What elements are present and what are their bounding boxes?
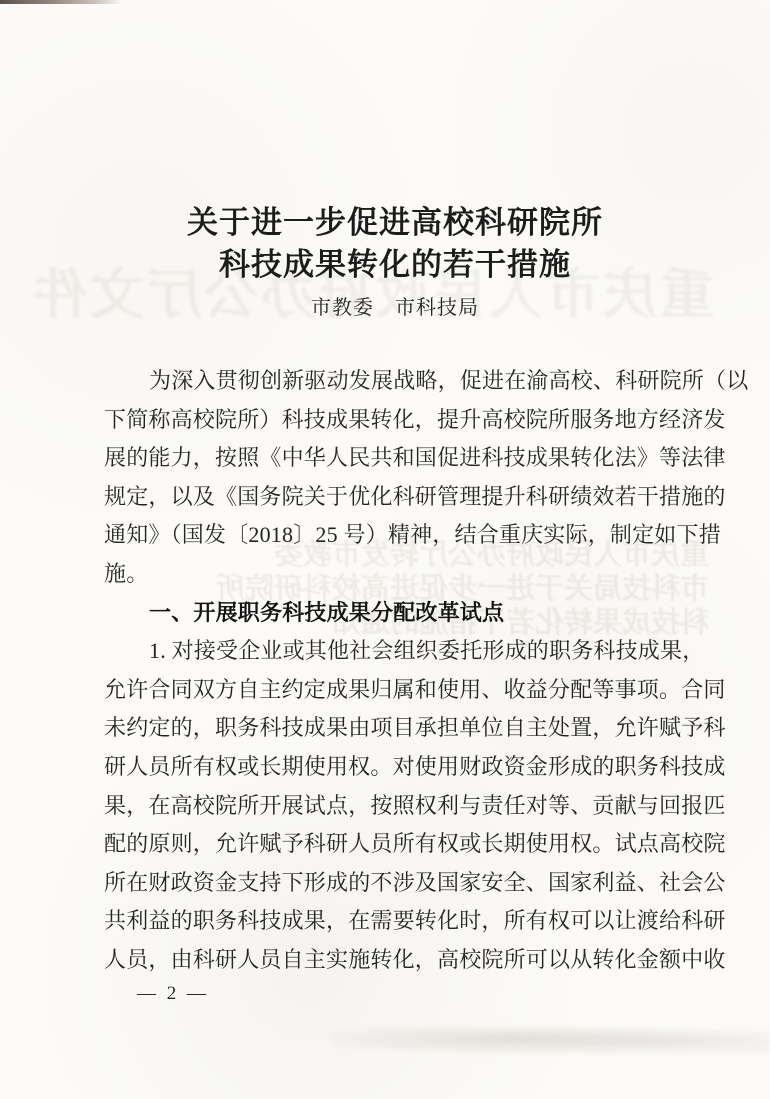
issuing-agencies: 市教委 市科技局 — [20, 294, 770, 322]
section-heading: 一、开展职务科技成果分配改革试点 — [104, 594, 714, 633]
body-line: 规定，以及《国务院关于优化科研管理提升科研绩效若干措施的 — [104, 478, 714, 517]
body-line: 所在财政资金支持下形成的不涉及国家安全、国家利益、社会公 — [104, 864, 714, 903]
scan-smudge-artifact — [330, 1026, 770, 1056]
page-number: — 2 — — [137, 983, 209, 1005]
body-line: 通知》（国发〔2018〕25 号）精神，结合重庆实际，制定如下措 — [104, 516, 714, 555]
body-line: 配的原则，允许赋予科研人员所有权或长期使用权。试点高校院 — [104, 825, 714, 864]
scan-edge-artifact — [0, 0, 122, 4]
body-line: 为深入贯彻创新驱动发展战略，促进在渝高校、科研院所（以 — [104, 362, 714, 401]
body-line: 未约定的，职务科技成果由项目承担单位自主处置，允许赋予科 — [104, 709, 714, 748]
body-line: 下简称高校院所）科技成果转化，提升高校院所服务地方经济发 — [104, 401, 714, 440]
body-line: 展的能力，按照《中华人民共和国促进科技成果转化法》等法律 — [104, 439, 714, 478]
body-line: 共利益的职务科技成果，在需要转化时，所有权可以让渡给科研 — [104, 902, 714, 941]
document-title-line-2: 科技成果转化的若干措施 — [20, 244, 770, 286]
body-line: 果，在高校院所开展试点，按照权利与责任对等、贡献与回报匹 — [104, 787, 714, 826]
document-title-block: 关于进一步促进高校科研院所 科技成果转化的若干措施 市教委 市科技局 — [20, 202, 770, 322]
document-title-line-1: 关于进一步促进高校科研院所 — [20, 202, 770, 244]
document-body: 为深入贯彻创新驱动发展战略，促进在渝高校、科研院所（以 下简称高校院所）科技成果… — [104, 362, 714, 980]
body-line: 允许合同双方自主约定成果归属和使用、收益分配等事项。合同 — [104, 671, 714, 710]
body-line: 研人员所有权或长期使用权。对使用财政资金形成的职务科技成 — [104, 748, 714, 787]
scanned-document-page: 重庆市人民政府办公厅文件 重庆市人民政府办公厅转发市教委 市科技局关于进一步促进… — [0, 0, 770, 1099]
body-line: 施。 — [104, 555, 714, 594]
body-line: 1. 对接受企业或其他社会组织委托形成的职务科技成果， — [104, 632, 714, 671]
body-line: 人员，由科研人员自主实施转化，高校院所可以从转化金额中收 — [104, 941, 714, 980]
